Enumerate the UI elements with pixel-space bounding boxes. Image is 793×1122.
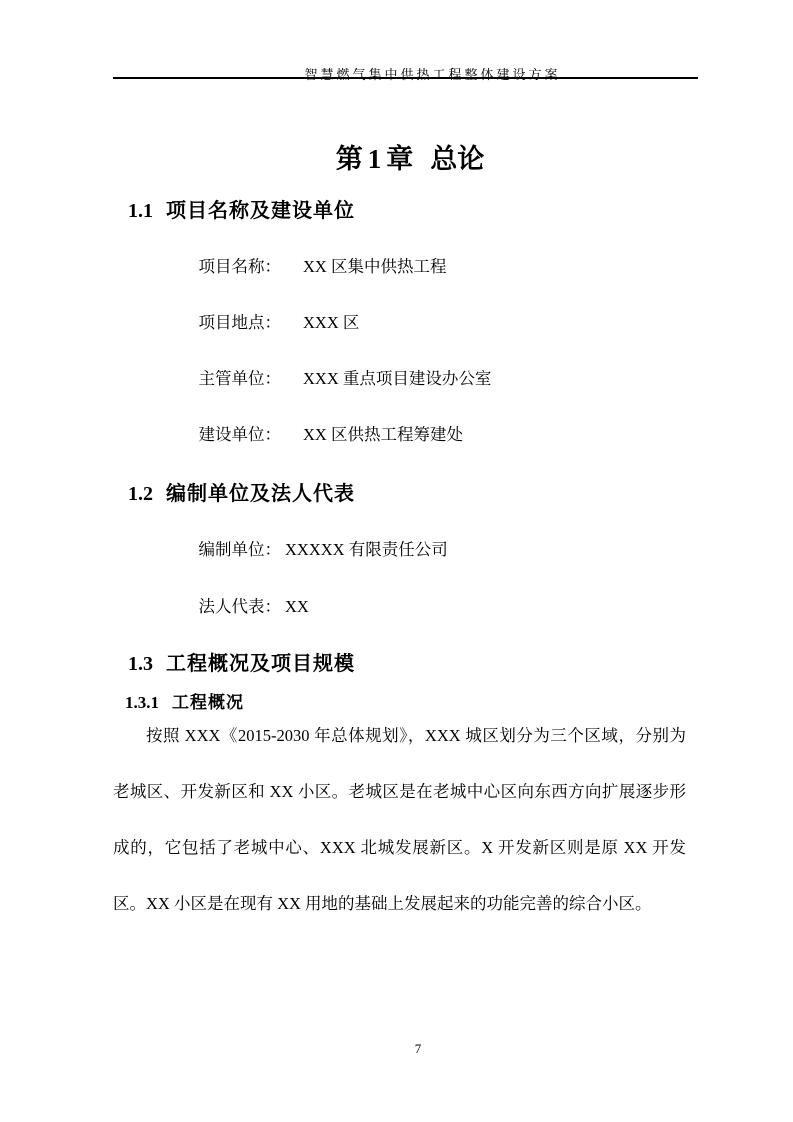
field-value: XX 区集中供热工程 [303, 257, 446, 276]
document-page: 智慧燃气集中供热工程整体建设方案 第1章总论 1.1项目名称及建设单位 项目名称… [0, 0, 793, 1122]
field-label: 建设单位： [199, 425, 282, 444]
field-value: XXXXX 有限责任公司 [285, 540, 448, 559]
section-1-2-number: 1.2 [128, 483, 153, 505]
body-paragraph: 按照 XXX《2015-2030 年总体规划》，XXX 城区划分为三个区域，分别… [113, 708, 686, 932]
field-value: XX [285, 597, 309, 616]
field-value: XXX 区 [303, 313, 359, 332]
field-label: 项目名称： [199, 257, 282, 276]
field-label: 项目地点： [199, 313, 282, 332]
section-1-2-heading-text: 编制单位及法人代表 [166, 483, 355, 505]
field-label: 法人代表： [199, 597, 282, 616]
running-header: 智慧燃气集中供热工程整体建设方案 [113, 48, 727, 99]
field-value: XX 区供热工程筹建处 [303, 425, 463, 444]
section-1-1-number: 1.1 [128, 200, 153, 222]
chapter-number: 第1章 [336, 144, 419, 174]
running-header-title: 智慧燃气集中供热工程整体建设方案 [304, 67, 560, 82]
section-1-1-heading-text: 项目名称及建设单位 [166, 200, 355, 222]
page-footer: 7 [113, 1041, 723, 1057]
field-label: 编制单位： [199, 540, 282, 559]
chapter-title-text: 总论 [430, 144, 484, 174]
field-value: XXX 重点项目建设办公室 [303, 369, 491, 388]
field-label: 主管单位： [199, 369, 282, 388]
header-rule [113, 77, 698, 79]
page-number: 7 [415, 1041, 422, 1056]
